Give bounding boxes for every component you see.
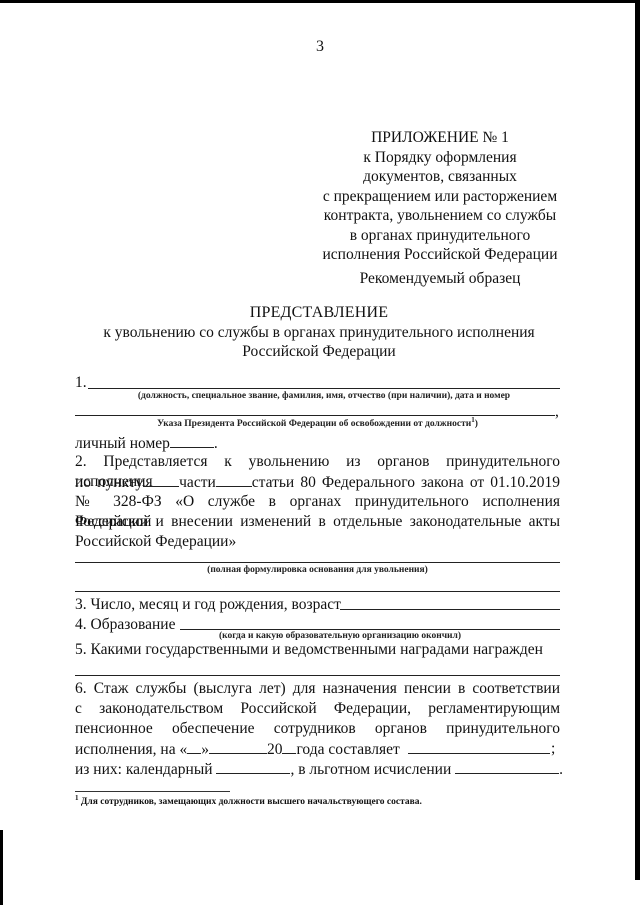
- decree-field[interactable]: [75, 415, 555, 416]
- scan-border-right: [635, 0, 640, 880]
- position-rank-name-field[interactable]: [88, 388, 560, 389]
- birth-date-age-field[interactable]: [340, 609, 560, 610]
- appendix-line: в органах принудительного: [310, 226, 570, 246]
- article-text: статьи 80 Федерального закона от 01.10.2…: [252, 474, 560, 491]
- appendix-line: контракта, увольнением со службы: [310, 206, 570, 226]
- page-number: 3: [316, 38, 324, 56]
- section6-line1: 6. Стаж службы (выслуга лет) для назначе…: [75, 679, 560, 699]
- personal-number-row: личный номер.: [75, 433, 218, 454]
- decree-hint-text: Указа Президента Российской Федерации об…: [157, 419, 471, 429]
- section1-number: 1.: [75, 373, 87, 393]
- section6-line3: пенсионное обеспечение сотрудников орган…: [75, 719, 560, 739]
- month-field[interactable]: [209, 739, 267, 754]
- education-label: 4. Образование: [75, 615, 175, 635]
- decree-hint: Указа Президента Российской Федерации об…: [75, 419, 560, 429]
- footnote-separator: [75, 791, 230, 792]
- document-title: ПРЕДСТАВЛЕНИЕ: [75, 303, 563, 323]
- calendar-field[interactable]: [216, 759, 290, 774]
- dismissal-basis-field-2[interactable]: [75, 591, 560, 592]
- section2-line2: по пунктучастистатьи 80 Федерального зак…: [75, 472, 560, 493]
- date-open: исполнения, на «: [75, 741, 187, 758]
- personal-number-field[interactable]: [170, 433, 214, 448]
- day-field[interactable]: [187, 739, 201, 754]
- document-subtitle: Российской Федерации: [75, 342, 563, 362]
- appendix-header: ПРИЛОЖЕНИЕ № 1 к Порядку оформления доку…: [310, 128, 570, 265]
- section2-line5: Российской Федерации»: [75, 532, 236, 552]
- awards-field[interactable]: [75, 675, 560, 676]
- period: .: [559, 761, 563, 778]
- footnote: 1 Для сотрудников, замещающих должности …: [75, 797, 422, 807]
- preferential-label: , в льготном исчислении: [290, 761, 451, 778]
- semicolon: ;: [551, 739, 555, 759]
- section6-line5: из них: календарный , в льготном исчисле…: [75, 759, 563, 780]
- education-field[interactable]: [180, 629, 560, 630]
- footnote-text: Для сотрудников, замещающих должности вы…: [81, 797, 422, 807]
- appendix-line: документов, связанных: [310, 167, 570, 187]
- amounts-to-label: года составляет: [296, 741, 399, 758]
- birth-date-label: 3. Число, месяц и год рождения, возраст: [75, 595, 341, 615]
- section6-line4: исполнения, на «»20года составляет: [75, 739, 400, 760]
- appendix-line: с прекращением или расторжением: [310, 187, 570, 207]
- scan-border-top: [0, 0, 636, 3]
- dismissal-basis-field[interactable]: [75, 562, 560, 563]
- appendix-line: к Порядку оформления: [310, 148, 570, 168]
- section2-line4: Федерации и внесении изменений в отдельн…: [75, 512, 560, 532]
- part-label: части: [179, 474, 216, 491]
- footnote-marker: 1: [75, 794, 79, 802]
- position-rank-name-hint: (должность, специальное звание, фамилия,…: [88, 391, 560, 401]
- document-title-block: ПРЕДСТАВЛЕНИЕ к увольнению со службы в о…: [75, 303, 563, 362]
- period: .: [214, 435, 218, 452]
- part-field[interactable]: [216, 472, 252, 487]
- date-close-quote: »: [201, 741, 209, 758]
- sample-label: Рекомендуемый образец: [340, 270, 540, 288]
- preferential-field[interactable]: [455, 759, 559, 774]
- scan-border-left: [0, 830, 3, 905]
- section6-line2: с законодательством Российской Федерации…: [75, 699, 560, 719]
- awards-label: 5. Какими государственными и ведомственн…: [75, 640, 543, 660]
- service-total-field[interactable]: [408, 753, 550, 754]
- point-label: по пункту: [75, 474, 143, 491]
- appendix-line: исполнения Российской Федерации: [310, 245, 570, 265]
- calendar-label: из них: календарный: [75, 761, 213, 778]
- document-subtitle: к увольнению со службы в органах принуди…: [75, 323, 563, 343]
- year-field[interactable]: [282, 739, 296, 754]
- personal-number-label: личный номер: [75, 435, 170, 452]
- point-field[interactable]: [143, 472, 179, 487]
- dismissal-basis-hint: (полная формулировка основания для уволь…: [75, 565, 560, 575]
- appendix-title: ПРИЛОЖЕНИЕ № 1: [310, 128, 570, 148]
- decree-hint-close: ): [475, 419, 478, 429]
- year-prefix: 20: [267, 741, 283, 758]
